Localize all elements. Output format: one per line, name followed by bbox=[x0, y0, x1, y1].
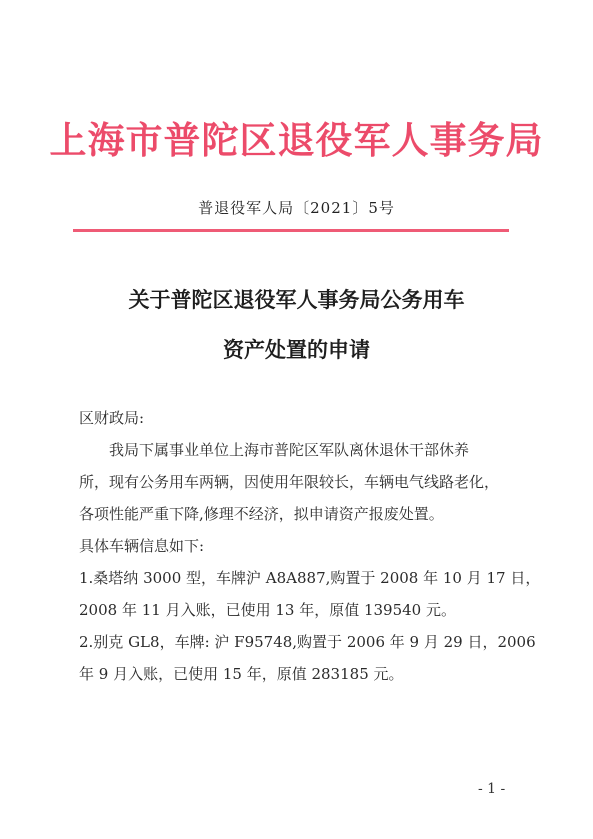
body-line: 我局下属事业单位上海市普陀区军队离休退休干部休养 bbox=[79, 440, 519, 460]
body-line: 具体车辆信息如下: bbox=[79, 536, 519, 556]
vehicle-2-line-1: 2.别克 GL8，车牌: 沪 F95748,购置于 2006 年 9 月 29 … bbox=[79, 632, 519, 652]
subject-line-1: 关于普陀区退役军人事务局公务用车 bbox=[0, 286, 593, 314]
body-line: 所，现有公务用车两辆，因使用年限较长，车辆电气线路老化， bbox=[79, 472, 519, 492]
body-line: 各项性能严重下降,修理不经济，拟申请资产报废处置。 bbox=[79, 504, 519, 524]
addressee: 区财政局: bbox=[79, 408, 519, 428]
vehicle-1-line-2: 2008 年 11 月入账，已使用 13 年，原值 139540 元。 bbox=[79, 600, 519, 620]
page-number: - 1 - bbox=[478, 781, 505, 797]
red-divider-line bbox=[73, 229, 509, 232]
subject-line-2: 资产处置的申请 bbox=[0, 336, 593, 364]
vehicle-2-line-2: 年 9 月入账，已使用 15 年，原值 283185 元。 bbox=[79, 664, 519, 684]
vehicle-1-line-1: 1.桑塔纳 3000 型，车牌沪 A8A887,购置于 2008 年 10 月 … bbox=[79, 568, 519, 588]
issuing-authority-title: 上海市普陀区退役军人事务局 bbox=[0, 118, 593, 162]
document-number: 普退役军人局〔2021〕5号 bbox=[0, 198, 593, 218]
document-page: 上海市普陀区退役军人事务局 普退役军人局〔2021〕5号 关于普陀区退役军人事务… bbox=[0, 0, 593, 839]
